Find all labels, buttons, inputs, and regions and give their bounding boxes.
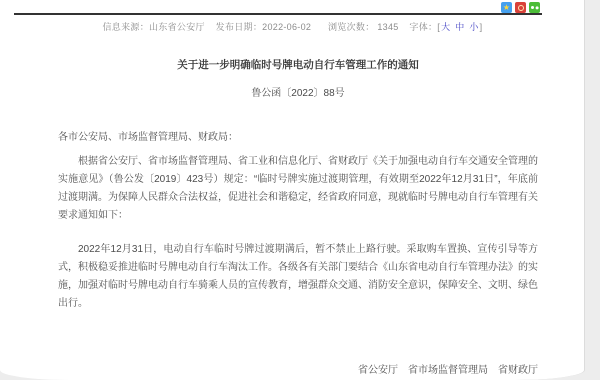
font-size-large-link[interactable]: 大 <box>441 22 450 32</box>
doc-number: 鲁公函〔2022〕88号 <box>58 85 538 103</box>
meta-bar: 信息来源：山东省公安厅 发布日期：2022-06-02 浏览次数： 1345 字… <box>0 20 585 33</box>
paragraph-1: 根据省公安厅、省市场监督管理局、省工业和信息化厅、省财政厅《关于加强电动自行车交… <box>58 153 538 225</box>
qzone-share-icon[interactable] <box>501 2 512 13</box>
font-size-label: 字体： <box>409 22 437 32</box>
publish-date-value: 2022-06-02 <box>262 22 311 32</box>
browser-viewport: 信息来源：山东省公安厅 发布日期：2022-06-02 浏览次数： 1345 字… <box>0 0 600 380</box>
paragraph-2: 2022年12月31日，电动自行车临时号牌过渡期满后，暂不禁止上路行驶。采取购车… <box>58 241 538 313</box>
header-divider <box>14 13 542 15</box>
wechat-share-icon[interactable] <box>529 2 540 13</box>
publish-date-label: 发布日期： <box>216 22 263 32</box>
font-bracket-open: [ <box>437 22 440 32</box>
info-source-label: 信息来源： <box>103 22 150 32</box>
view-count-value: 1345 <box>377 22 398 32</box>
font-size-medium-link[interactable]: 中 <box>455 22 464 32</box>
signature: 省公安厅 省市场监督管理局 省财政厅 <box>358 361 538 376</box>
font-bracket-close: ] <box>480 22 483 32</box>
share-icons <box>501 2 540 13</box>
view-count-label: 浏览次数： <box>328 22 375 32</box>
salutation: 各市公安局、市场监督管理局、财政局： <box>58 129 538 147</box>
document-page: 信息来源：山东省公安厅 发布日期：2022-06-02 浏览次数： 1345 字… <box>0 0 585 380</box>
notice-body: 关于进一步明确临时号牌电动自行车管理工作的通知 鲁公函〔2022〕88号 各市公… <box>58 48 538 313</box>
info-source-value: 山东省公安厅 <box>149 22 205 32</box>
font-size-small-link[interactable]: 小 <box>469 22 478 32</box>
page-title: 关于进一步明确临时号牌电动自行车管理工作的通知 <box>58 58 538 72</box>
weibo-share-icon[interactable] <box>515 2 526 13</box>
